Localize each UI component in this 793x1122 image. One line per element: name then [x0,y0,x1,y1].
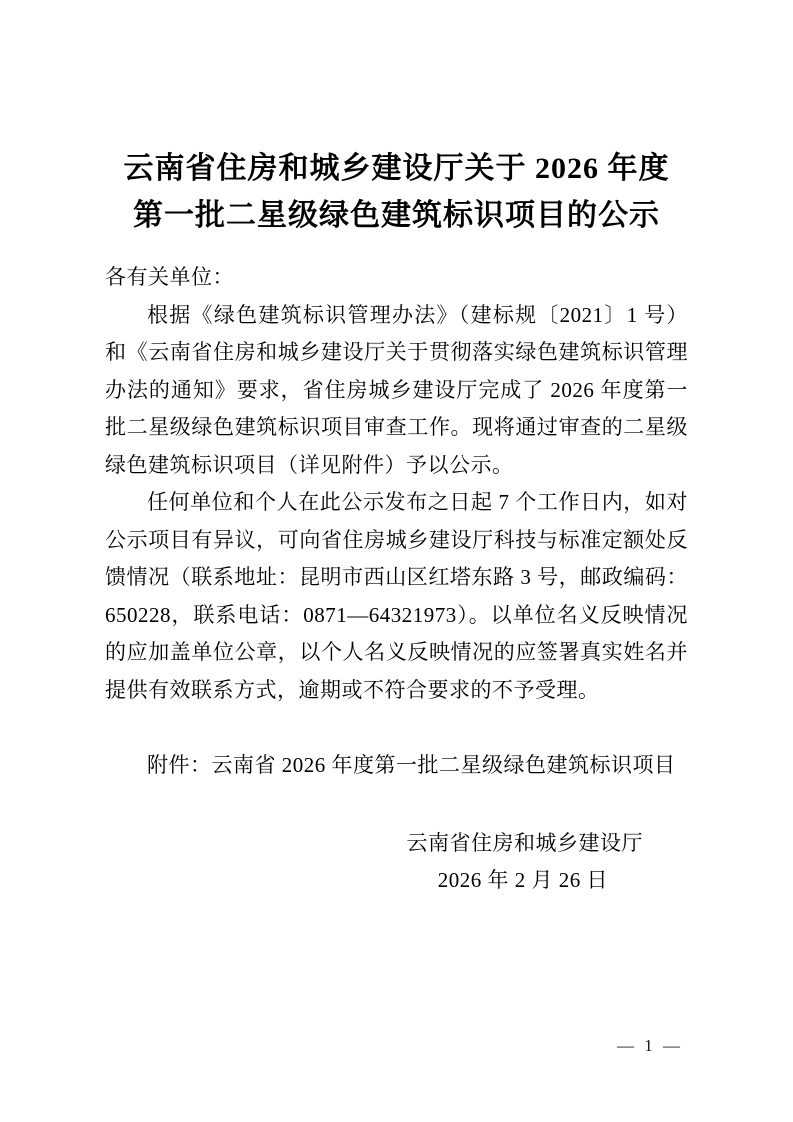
page-number: — 1 — [617,1036,683,1056]
title-line-2: 第一批二星级绿色建筑标识项目的公示 [60,192,733,239]
issuer-name: 云南省住房和城乡建设厅 [105,825,688,863]
salutation: 各有关单位： [105,259,688,297]
document-body: 各有关单位： 根据《绿色建筑标识管理办法》（建标规〔2021〕1 号）和《云南省… [105,259,688,900]
document-title: 云南省住房和城乡建设厅关于 2026 年度 第一批二星级绿色建筑标识项目的公示 [60,145,733,239]
signature-block: 云南省住房和城乡建设厅 2026 年 2 月 26 日 [105,825,688,900]
paragraph-feedback-instructions: 任何单位和个人在此公示发布之日起 7 个工作日内，如对公示项目有异议，可向省住房… [105,484,688,709]
paragraph-basis: 根据《绿色建筑标识管理办法》（建标规〔2021〕1 号）和《云南省住房和城乡建设… [105,297,688,485]
issue-date: 2026 年 2 月 26 日 [105,862,688,900]
attachment-line: 附件：云南省 2026 年度第一批二星级绿色建筑标识项目 [105,747,688,785]
title-line-1: 云南省住房和城乡建设厅关于 2026 年度 [60,145,733,192]
document-page: 云南省住房和城乡建设厅关于 2026 年度 第一批二星级绿色建筑标识项目的公示 … [0,0,793,1122]
